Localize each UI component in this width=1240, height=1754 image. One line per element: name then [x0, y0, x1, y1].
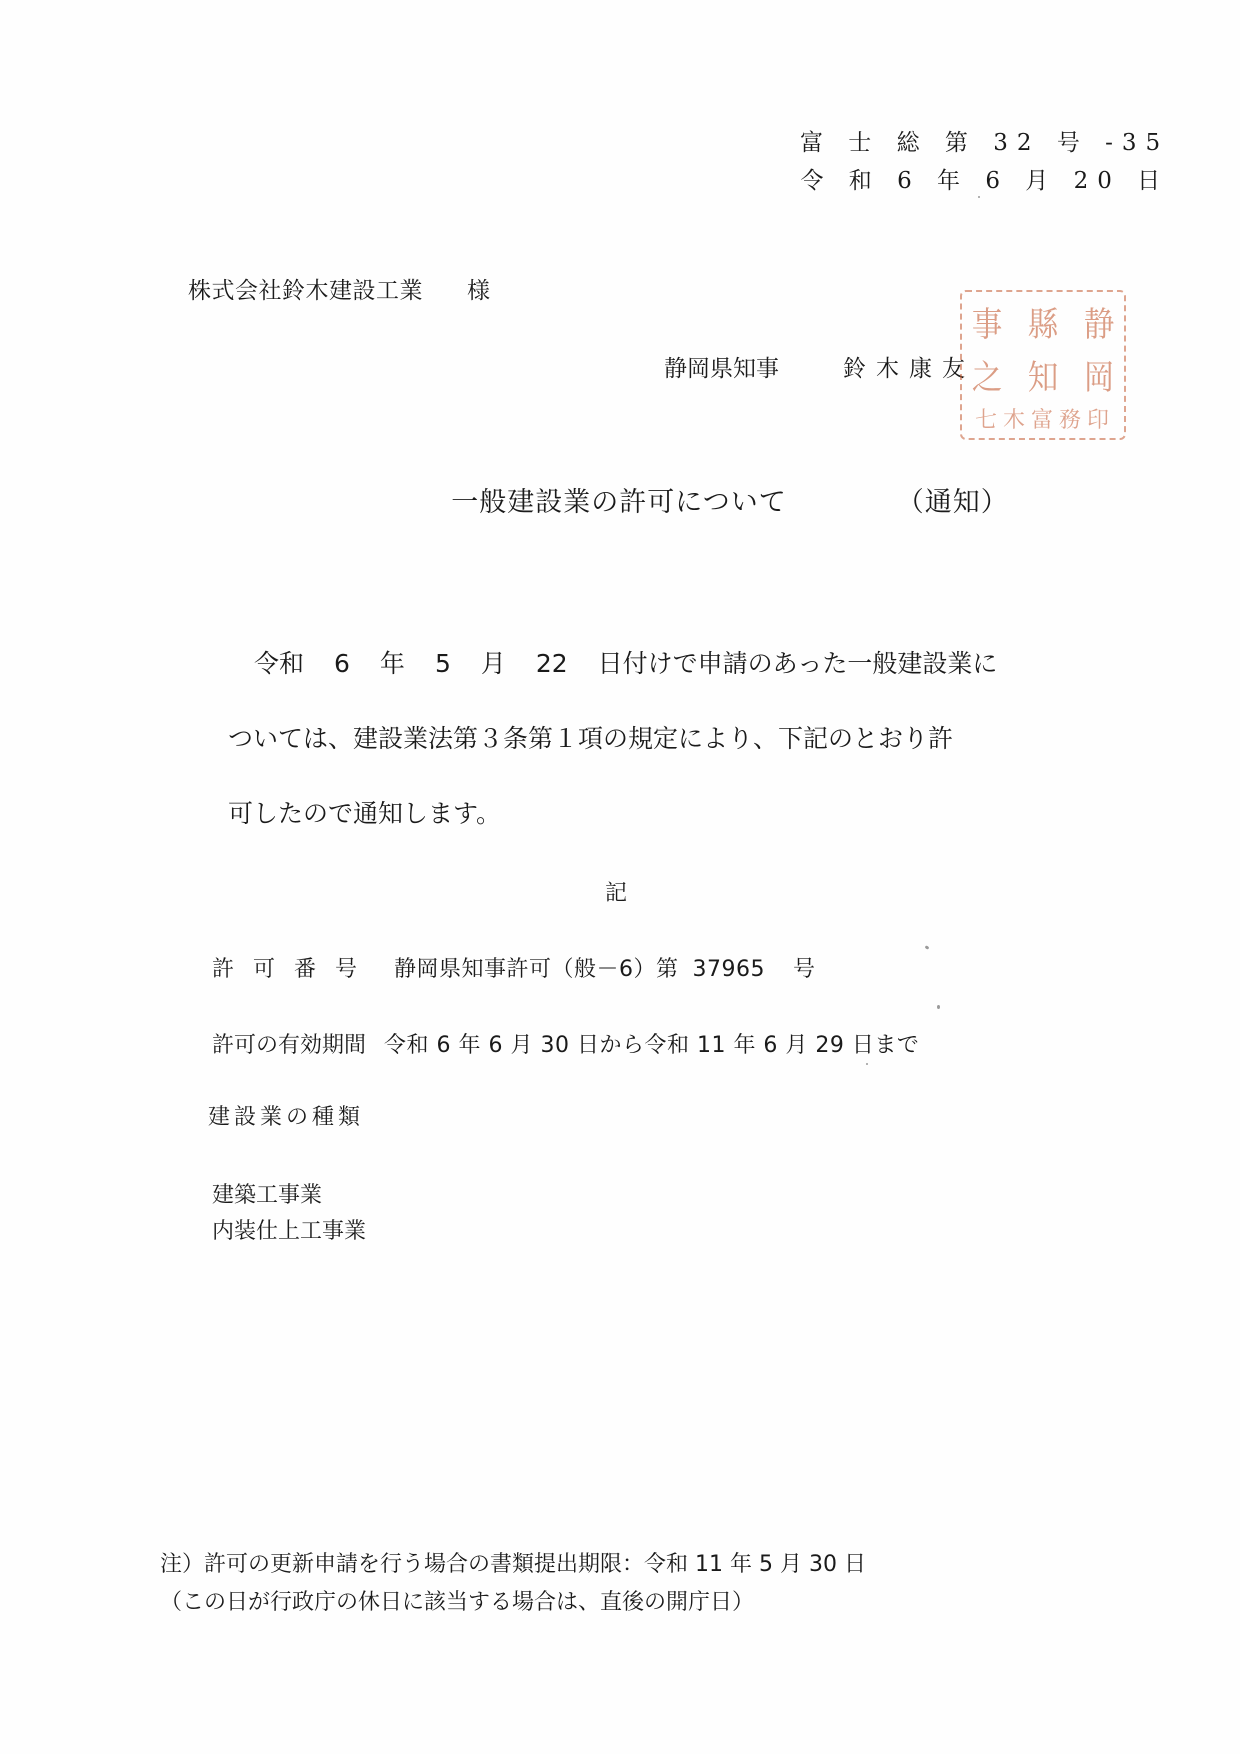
seal-column: 事 之 — [972, 298, 1003, 404]
body-line-1: 令和6年5月22日付けで申請のあった一般建設業に — [228, 626, 1088, 701]
permit-number-row: 許可番号静岡県知事許可（般－6）第37965号 — [212, 952, 816, 983]
era: 令和 — [254, 649, 304, 678]
sender: 静岡県知事鈴木康友 — [664, 350, 975, 383]
body-line-2: ついては、建設業法第３条第１項の規定により、下記のとおり許 — [228, 701, 1088, 776]
business-type-item: 内装仕上工事業 — [212, 1214, 366, 1250]
validity-value: 令和 6 年 6 月 30 日から令和 11 年 6 月 29 日まで — [384, 1033, 919, 1058]
business-type-item: 建築工事業 — [212, 1178, 366, 1214]
year-unit: 年 — [380, 649, 405, 678]
reference-block: 富 士 総 第 32 号 -35 令 和 6 年 6 月 20 日 — [800, 124, 1169, 200]
permit-number-label: 許可番号 — [212, 952, 376, 983]
business-types-list: 建築工事業 内装仕上工事業 — [212, 1178, 366, 1250]
official-seal-stamp: 静 岡 縣 知 事 之 七木富務印 — [960, 290, 1126, 440]
month-unit: 月 — [481, 649, 506, 678]
scan-speck — [937, 1005, 940, 1009]
scan-speck — [925, 945, 930, 950]
seal-char: 知 — [1028, 361, 1059, 395]
validity-period-row: 許可の有効期間令和 6 年 6 月 30 日から令和 11 年 6 月 29 日… — [212, 1028, 919, 1059]
seal-characters: 静 岡 縣 知 事 之 — [970, 298, 1116, 404]
addressee-name: 株式会社鈴木建設工業 — [188, 278, 423, 304]
body-line-3: 可したので通知します。 — [228, 776, 1088, 851]
year: 6 — [334, 649, 350, 678]
day: 22 — [536, 649, 568, 678]
business-types-label: 建設業の種類 — [208, 1100, 364, 1131]
addressee-honorific: 様 — [467, 278, 491, 304]
seal-column: 縣 知 — [1028, 298, 1059, 404]
scanned-document-page: 富 士 総 第 32 号 -35 令 和 6 年 6 月 20 日 株式会社鈴木… — [0, 0, 1240, 1754]
renewal-note: 注）許可の更新申請を行う場合の書類提出期限：令和 11 年 5 月 30 日 （… — [160, 1546, 866, 1622]
seal-bottom-text: 七木富務印 — [972, 403, 1118, 434]
title-text: 一般建設業の許可について（通知） — [341, 480, 1008, 519]
document-title: 一般建設業の許可について（通知） — [0, 480, 1240, 519]
body-paragraph: 令和6年5月22日付けで申請のあった一般建設業に ついては、建設業法第３条第１項… — [228, 626, 1088, 851]
reference-number: 富 士 総 第 32 号 -35 — [800, 124, 1169, 162]
seal-char: 縣 — [1028, 308, 1059, 342]
record-heading: 記 — [605, 876, 627, 907]
permit-number-suffix: 号 — [793, 957, 816, 982]
note-line-1: 注）許可の更新申請を行う場合の書類提出期限：令和 11 年 5 月 30 日 — [160, 1546, 866, 1584]
body-line-1-rest: 日付けで申請のあった一般建設業に — [598, 649, 998, 678]
seal-char: 事 — [972, 308, 1003, 342]
sender-title: 静岡県知事 — [664, 356, 779, 382]
seal-char: 之 — [972, 361, 1003, 395]
seal-column: 静 岡 — [1084, 298, 1115, 404]
scan-speck — [856, 368, 858, 370]
title-main: 一般建設業の許可について — [451, 480, 786, 519]
seal-char: 岡 — [1084, 361, 1115, 395]
permit-number: 37965 — [693, 957, 766, 982]
validity-label: 許可の有効期間 — [212, 1028, 366, 1059]
scan-speck — [978, 196, 980, 198]
scan-speck — [866, 1063, 868, 1065]
permit-number-prefix: 静岡県知事許可（般－6）第 — [394, 957, 679, 982]
note-line-2: （この日が行政庁の休日に該当する場合は、直後の開庁日） — [160, 1584, 866, 1622]
month: 5 — [435, 649, 451, 678]
addressee: 株式会社鈴木建設工業様 — [188, 272, 491, 305]
permit-number-value: 静岡県知事許可（般－6）第37965号 — [394, 957, 816, 982]
seal-char: 静 — [1084, 308, 1115, 342]
issue-date: 令 和 6 年 6 月 20 日 — [800, 162, 1169, 200]
sender-name: 鈴木康友 — [843, 356, 975, 382]
title-suffix: （通知） — [897, 480, 1009, 519]
